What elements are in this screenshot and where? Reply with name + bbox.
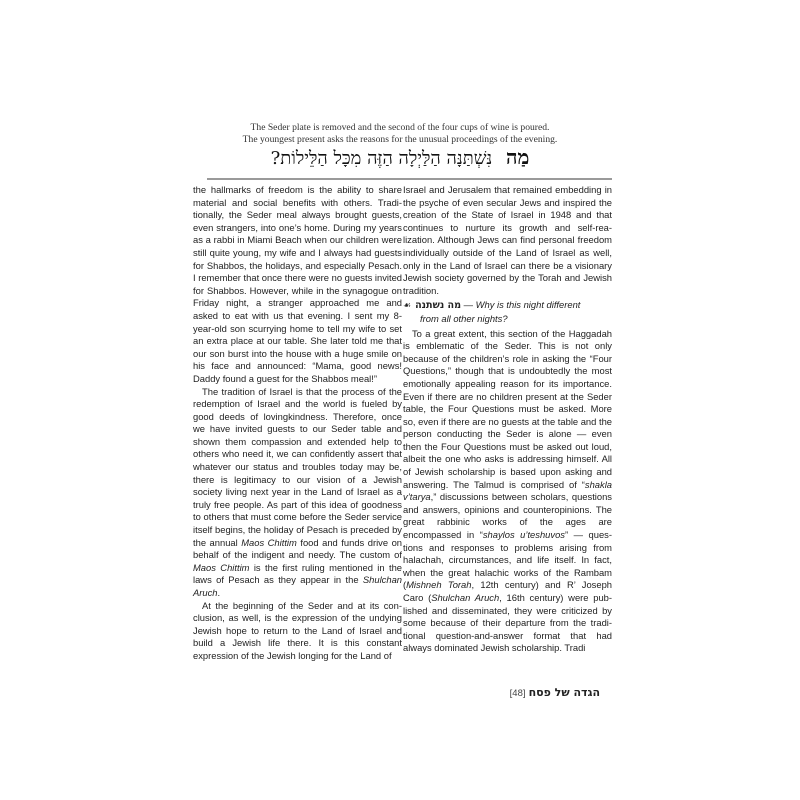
right-column: Israel and Jerusalem that remained embed… bbox=[403, 184, 612, 655]
instruction-line-2: The youngest present asks the reasons fo… bbox=[180, 134, 620, 146]
commentary-lemma: ☙מה נשתנה — Why is this night different … bbox=[403, 299, 612, 325]
seder-instructions: The Seder plate is removed and the secon… bbox=[180, 122, 620, 146]
section-divider bbox=[207, 178, 612, 180]
running-title: הגדה של פסח bbox=[529, 686, 600, 699]
paragraph: At the beginning of the Seder and at its… bbox=[193, 600, 402, 663]
instruction-line-1: The Seder plate is removed and the secon… bbox=[180, 122, 620, 134]
hebrew-heading-lead: מַה bbox=[506, 145, 529, 169]
paragraph: Israel and Jerusalem that remained embed… bbox=[403, 184, 612, 297]
page-footer: הגדה של פסח [48] bbox=[500, 686, 612, 699]
page-number: [48] bbox=[510, 688, 526, 699]
hebrew-heading: מַה נִּשְׁתַּנָּה הַלַּיְלָה הַזֶּה מִכָ… bbox=[180, 146, 620, 170]
left-column: the hallmarks of freedom is the ability … bbox=[193, 184, 402, 663]
lemma-hebrew: מה נשתנה bbox=[415, 300, 461, 311]
paragraph: the hallmarks of freedom is the ability … bbox=[193, 184, 402, 386]
hebrew-heading-rest: נִּשְׁתַּנָּה הַלַּיְלָה הַזֶּה מִכָּל ה… bbox=[271, 148, 493, 169]
paragraph: To a great extent, this section of the H… bbox=[403, 328, 612, 655]
fleuron-icon: ☙ bbox=[403, 300, 411, 310]
lemma-question: Why is this night different bbox=[476, 299, 581, 310]
paragraph: The tradition of Israel is that the proc… bbox=[193, 386, 402, 600]
lemma-question-cont: from all other nights? bbox=[403, 313, 612, 326]
